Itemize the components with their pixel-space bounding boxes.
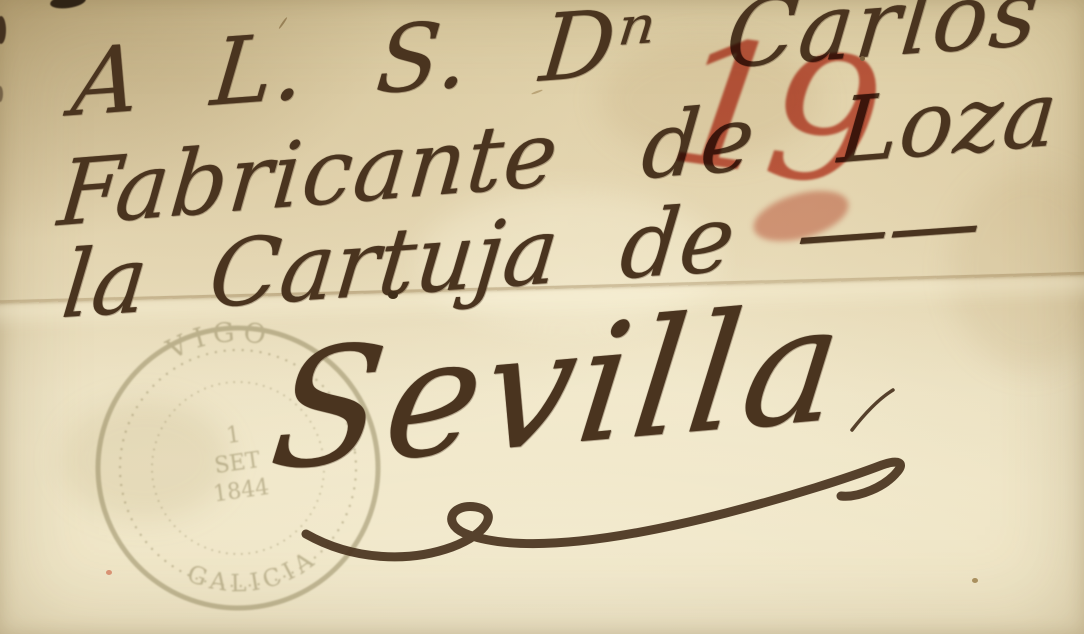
postmark-region-text: GALICIA: [180, 542, 325, 607]
postmark-date-day: 1: [225, 422, 242, 449]
ink-smudge-left-edge: [0, 86, 3, 102]
flourish-hairline: [852, 390, 893, 430]
address-line-city: Sevilla: [264, 282, 853, 494]
paper-speck: [972, 578, 978, 583]
red-speck: [106, 570, 112, 575]
postal-rate-mark: 19: [661, 13, 878, 213]
postmark-date-month: SET: [213, 448, 262, 479]
paper-speck: [860, 56, 865, 61]
svg-text:GALICIA: GALICIA: [180, 542, 325, 607]
aged-letter-paper: VIGO GALICIA 1 SET 1844 A L. S. Dⁿ Carlo…: [0, 0, 1084, 634]
paper-stain: [60, 400, 230, 520]
ink-smudge-left-edge: [0, 16, 6, 44]
ink-smudge-top-edge: [49, 0, 86, 10]
ink-dot: [388, 291, 398, 299]
